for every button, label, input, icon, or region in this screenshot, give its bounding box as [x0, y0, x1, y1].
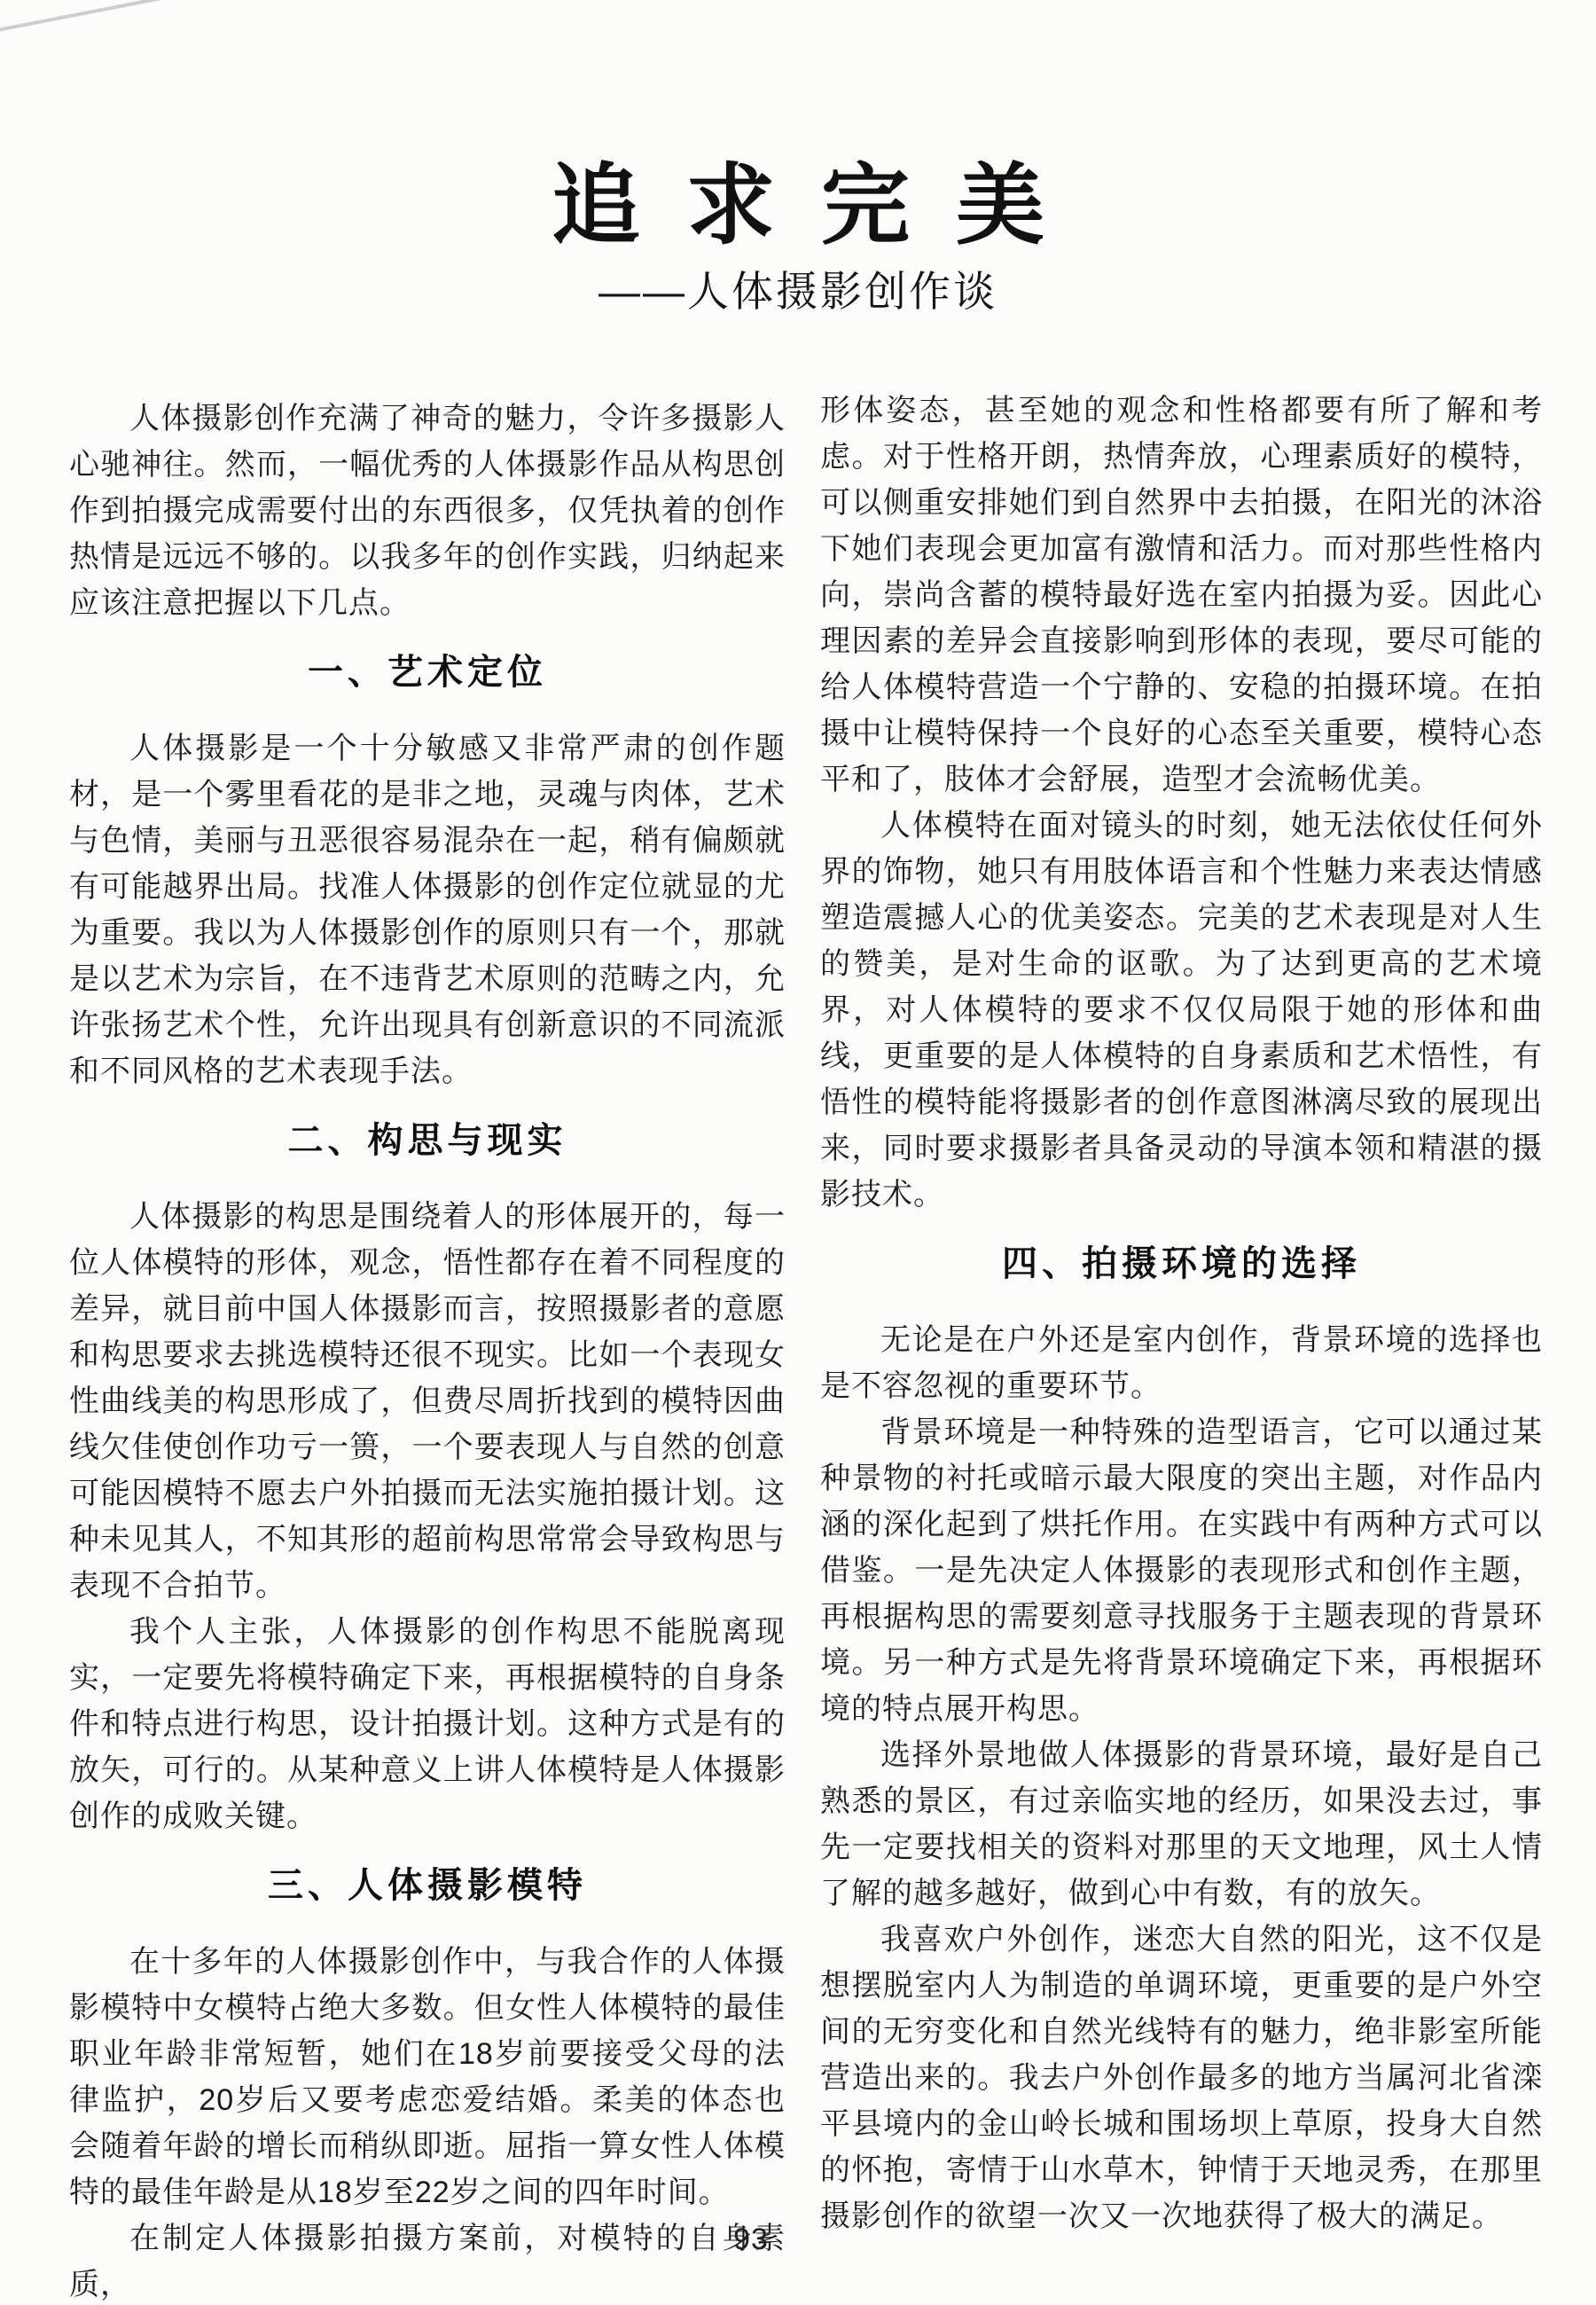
article-subtitle: ——人体摄影创作谈 [0, 259, 1596, 318]
paragraph: 我个人主张，人体摄影的创作构思不能脱离现实，一定要先将模特确定下来，再根据模特的… [69, 1609, 786, 1839]
text-column-right: 形体姿态，甚至她的观念和性格都要有所了解和考虑。对于性格开朗，热情奔放，心理素质… [820, 388, 1543, 2239]
scan-corner-artifact [0, 0, 173, 34]
paragraph: 我喜欢户外创作，迷恋大自然的阳光，这不仅是想摆脱室内人为制造的单调环境，更重要的… [820, 1917, 1543, 2239]
document-page: 追求完美 ——人体摄影创作谈 人体摄影创作充满了神奇的魅力，令许多摄影人心驰神往… [0, 0, 1596, 2305]
paragraph: 人体摄影是一个十分敏感又非常严肃的创作题材，是一个雾里看花的是非之地，灵魂与肉体… [69, 725, 786, 1094]
paragraph: 人体摄影创作充满了神奇的魅力，令许多摄影人心驰神往。然而，一幅优秀的人体摄影作品… [69, 396, 786, 626]
paragraph: 人体模特在面对镜头的时刻，她无法依仗任何外界的饰物，她只有用肢体语言和个性魅力来… [820, 803, 1543, 1218]
text-column-left: 人体摄影创作充满了神奇的魅力，令许多摄影人心驰神往。然而，一幅优秀的人体摄影作品… [69, 396, 786, 2305]
section-heading: 四、拍摄环境的选择 [820, 1241, 1543, 1287]
section-heading: 三、人体摄影模特 [69, 1862, 786, 1909]
paragraph: 在十多年的人体摄影创作中，与我合作的人体摄影模特中女模特占绝大多数。但女性人体模… [69, 1939, 786, 2215]
section-heading: 一、艺术定位 [69, 649, 786, 695]
article-title: 追求完美 [0, 134, 1596, 262]
paragraph: 背景环境是一种特殊的造型语言，它可以通过某种景物的衬托或暗示最大限度的突出主题，… [820, 1409, 1543, 1732]
page-number: 93 [0, 2223, 1502, 2257]
paragraph: 人体摄影的构思是围绕着人的形体展开的，每一位人体模特的形体，观念，悟性都存在着不… [69, 1194, 786, 1609]
paragraph: 无论是在户外还是室内创作，背景环境的选择也是不容忽视的重要环节。 [820, 1317, 1543, 1409]
section-heading: 二、构思与现实 [69, 1117, 786, 1164]
paragraph: 形体姿态，甚至她的观念和性格都要有所了解和考虑。对于性格开朗，热情奔放，心理素质… [820, 388, 1543, 803]
paragraph: 选择外景地做人体摄影的背景环境，最好是自己熟悉的景区，有过亲临实地的经历，如果没… [820, 1732, 1543, 1917]
